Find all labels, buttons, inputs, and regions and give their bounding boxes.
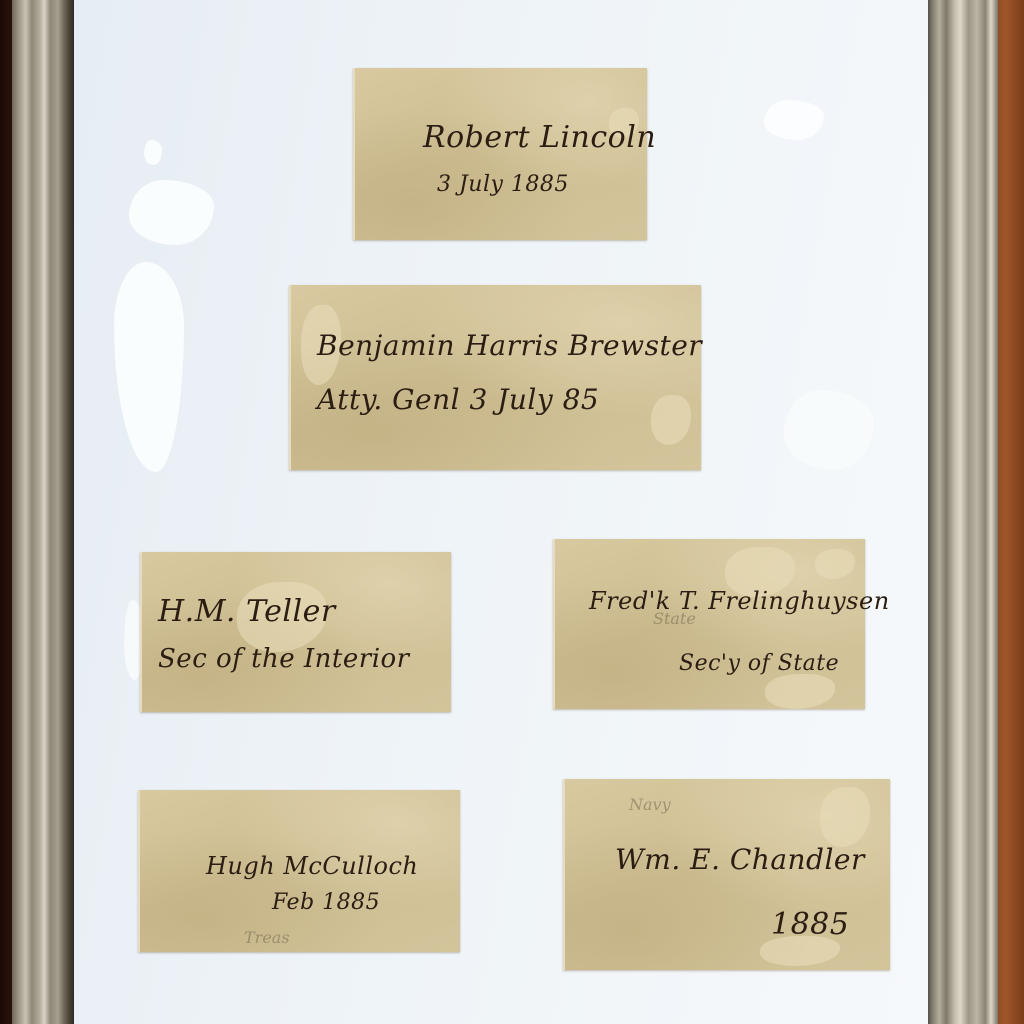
paper-stain bbox=[765, 674, 835, 709]
glare-reflection bbox=[144, 140, 162, 165]
glare-reflection bbox=[114, 262, 184, 472]
signature-card-teller: H.M. Teller Sec of the Interior bbox=[140, 552, 451, 712]
glare-reflection bbox=[784, 390, 874, 470]
frame-left-edge bbox=[12, 0, 74, 1024]
paper-stain bbox=[651, 395, 691, 445]
paper-stain bbox=[815, 549, 855, 579]
framed-signatures-photo: Robert Lincoln 3 July 1885 Benjamin Harr… bbox=[0, 0, 1024, 1024]
paper-stain bbox=[820, 787, 870, 847]
signature-card-mcculloch: Hugh McCulloch Feb 1885 Treas bbox=[138, 790, 460, 952]
date-text: 1885 bbox=[771, 907, 849, 942]
signature-card-chandler: Navy Wm. E. Chandler 1885 bbox=[563, 779, 890, 970]
pencil-note: Treas bbox=[244, 928, 290, 947]
frame-right-edge bbox=[928, 0, 998, 1024]
glare-reflection bbox=[764, 100, 824, 140]
title-text: Sec of the Interior bbox=[158, 644, 410, 674]
signature-text: Fred'k T. Frelinghuysen bbox=[589, 587, 890, 615]
signature-text: H.M. Teller bbox=[158, 594, 336, 629]
wood-surface-right bbox=[994, 0, 1024, 1024]
title-text: Sec'y of State bbox=[679, 651, 839, 676]
pencil-note: Navy bbox=[629, 795, 671, 814]
date-text: 3 July 1885 bbox=[437, 172, 569, 197]
signature-text: Benjamin Harris Brewster bbox=[317, 329, 702, 362]
signature-card-frelinghuysen: State Fred'k T. Frelinghuysen Sec'y of S… bbox=[553, 539, 865, 709]
signature-text: Robert Lincoln bbox=[423, 120, 656, 155]
date-text: Feb 1885 bbox=[272, 890, 380, 915]
signature-card-lincoln: Robert Lincoln 3 July 1885 bbox=[353, 68, 647, 240]
signature-card-brewster: Benjamin Harris Brewster Atty. Genl 3 Ju… bbox=[289, 285, 701, 470]
glare-reflection bbox=[129, 180, 214, 245]
title-date-text: Atty. Genl 3 July 85 bbox=[317, 383, 599, 416]
signature-text: Hugh McCulloch bbox=[206, 852, 418, 880]
signature-text: Wm. E. Chandler bbox=[615, 843, 865, 876]
